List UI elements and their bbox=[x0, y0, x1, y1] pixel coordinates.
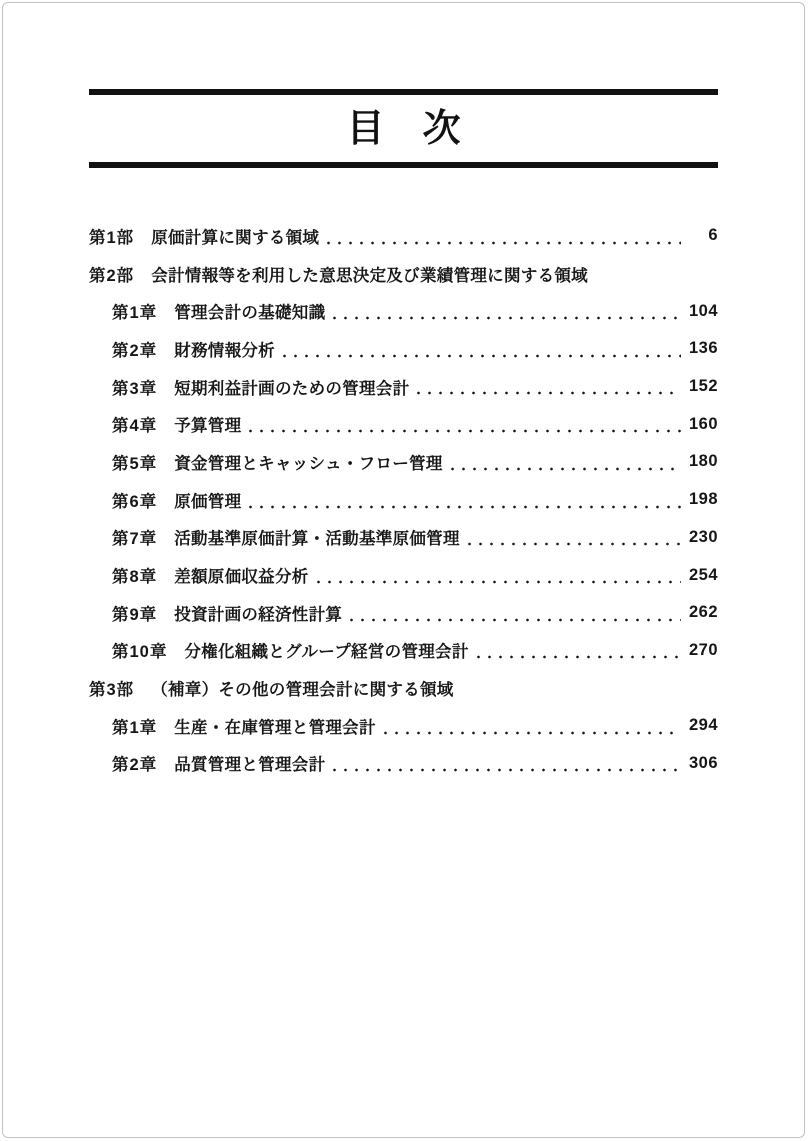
dot-leader bbox=[464, 542, 681, 546]
dot-leader bbox=[329, 316, 681, 320]
toc-entry-label: 第1章 bbox=[112, 714, 157, 738]
toc-entry-title: （補章）その他の管理会計に関する領域 bbox=[151, 676, 453, 700]
dot-leader bbox=[323, 241, 681, 245]
toc-entry-page: 294 bbox=[688, 716, 718, 735]
dot-leader bbox=[346, 618, 681, 622]
toc-entry-page: 230 bbox=[688, 528, 718, 547]
toc-entry: 第6章 原価管理 198 bbox=[89, 481, 718, 519]
toc-entry-title: 会計情報等を利用した意思決定及び業績管理に関する領域 bbox=[151, 262, 588, 286]
toc-entry-page: 136 bbox=[688, 339, 718, 358]
toc-entry-label: 第6章 bbox=[112, 488, 157, 512]
toc-entry-title: 短期利益計画のための管理会計 bbox=[174, 375, 409, 399]
toc-entry: 第2章 品質管理と管理会計 306 bbox=[89, 745, 718, 783]
toc-entry-title: 活動基準原価計算・活動基準原価管理 bbox=[174, 525, 460, 549]
toc-entry-label: 第3部 bbox=[89, 676, 134, 700]
toc-entry-label: 第3章 bbox=[112, 375, 157, 399]
dot-leader bbox=[473, 655, 681, 659]
toc-entry: 第8章 差額原価収益分析 254 bbox=[89, 556, 718, 594]
toc-entry-page: 262 bbox=[688, 603, 718, 622]
dot-leader bbox=[279, 354, 681, 358]
toc-entry-page: 180 bbox=[688, 452, 718, 471]
document-page: 目 次 第1部 原価計算に関する領域 6 第2部 会計情報等を利用した意思決定及… bbox=[2, 2, 805, 1138]
toc-entry-label: 第10章 bbox=[112, 638, 167, 662]
toc-entry-page: 270 bbox=[688, 641, 718, 660]
toc-entry-title: 品質管理と管理会計 bbox=[174, 751, 325, 775]
toc-entry-label: 第8章 bbox=[112, 563, 157, 587]
toc-entry-page: 254 bbox=[688, 566, 718, 585]
dot-leader bbox=[447, 467, 681, 471]
toc-entry-title: 管理会計の基礎知識 bbox=[174, 299, 325, 323]
toc-entry: 第9章 投資計画の経済性計算 262 bbox=[89, 594, 718, 632]
toc-entry-label: 第2章 bbox=[112, 337, 157, 361]
toc-entry-page: 306 bbox=[688, 754, 718, 773]
toc-entry-label: 第2部 bbox=[89, 262, 134, 286]
toc-entry: 第3章 短期利益計画のための管理会計 152 bbox=[89, 368, 718, 406]
toc-entry-title: 分権化組織とグループ経営の管理会計 bbox=[184, 638, 468, 662]
dot-leader bbox=[329, 768, 681, 772]
toc-entry-page: 104 bbox=[688, 302, 718, 321]
toc-entry: 第7章 活動基準原価計算・活動基準原価管理 230 bbox=[89, 519, 718, 557]
dot-leader bbox=[245, 505, 681, 509]
toc-entry-label: 第2章 bbox=[112, 751, 157, 775]
toc-entry: 第2章 財務情報分析 136 bbox=[89, 330, 718, 368]
toc-entry-title: 財務情報分析 bbox=[174, 337, 275, 361]
toc-entry-title: 原価計算に関する領域 bbox=[151, 224, 319, 248]
toc-entry: 第1部 原価計算に関する領域 6 bbox=[89, 217, 718, 255]
toc-entry-title: 原価管理 bbox=[174, 488, 241, 512]
title-rule-bottom bbox=[89, 162, 718, 168]
page-title: 目 次 bbox=[89, 95, 718, 162]
toc-entry-label: 第9章 bbox=[112, 601, 157, 625]
toc-entry-label: 第1部 bbox=[89, 224, 134, 248]
toc-entry-title: 投資計画の経済性計算 bbox=[174, 601, 342, 625]
toc-entry: 第10章 分権化組織とグループ経営の管理会計 270 bbox=[89, 632, 718, 670]
toc-entry-title: 生産・在庫管理と管理会計 bbox=[174, 714, 376, 738]
toc-entry-page: 198 bbox=[688, 490, 718, 509]
toc-entry-label: 第4章 bbox=[112, 412, 157, 436]
page-content: 目 次 第1部 原価計算に関する領域 6 第2部 会計情報等を利用した意思決定及… bbox=[89, 3, 718, 782]
toc-list: 第1部 原価計算に関する領域 6 第2部 会計情報等を利用した意思決定及び業績管… bbox=[89, 217, 718, 782]
toc-entry: 第5章 資金管理とキャッシュ・フロー管理 180 bbox=[89, 443, 718, 481]
dot-leader bbox=[313, 580, 681, 584]
toc-entry-title: 予算管理 bbox=[174, 412, 241, 436]
toc-entry-page: 160 bbox=[688, 415, 718, 434]
toc-entry-title: 資金管理とキャッシュ・フロー管理 bbox=[174, 450, 442, 474]
toc-entry: 第2部 会計情報等を利用した意思決定及び業績管理に関する領域 bbox=[89, 255, 718, 293]
toc-entry: 第1章 管理会計の基礎知識 104 bbox=[89, 292, 718, 330]
toc-entry-label: 第7章 bbox=[112, 525, 157, 549]
dot-leader bbox=[413, 391, 681, 395]
toc-entry-title: 差額原価収益分析 bbox=[174, 563, 308, 587]
dot-leader bbox=[380, 731, 681, 735]
toc-entry-label: 第5章 bbox=[112, 450, 157, 474]
toc-entry: 第4章 予算管理 160 bbox=[89, 405, 718, 443]
toc-entry: 第3部 （補章）その他の管理会計に関する領域 bbox=[89, 669, 718, 707]
toc-entry: 第1章 生産・在庫管理と管理会計 294 bbox=[89, 707, 718, 745]
toc-entry-page: 6 bbox=[688, 226, 718, 245]
dot-leader bbox=[245, 429, 681, 433]
toc-entry-page: 152 bbox=[688, 377, 718, 396]
toc-entry-label: 第1章 bbox=[112, 299, 157, 323]
